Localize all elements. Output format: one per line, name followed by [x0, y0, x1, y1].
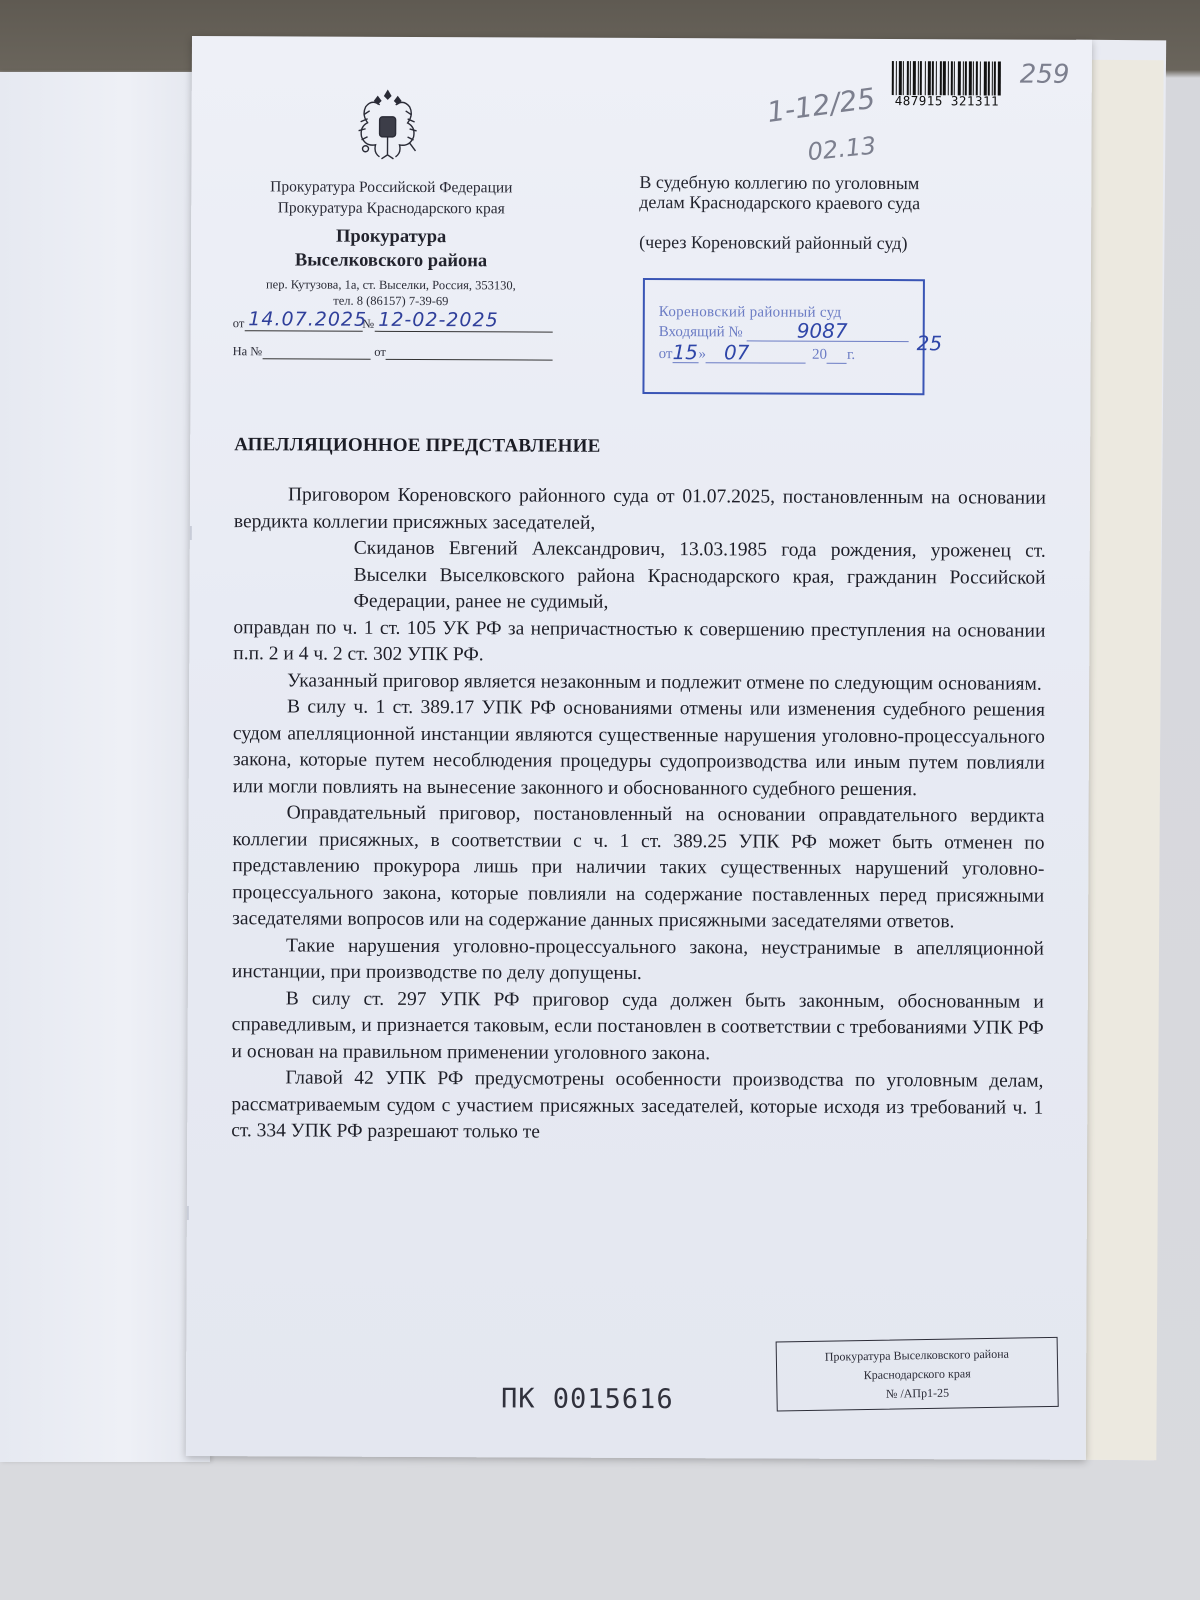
ref-date-field — [386, 343, 553, 361]
date-label: от — [233, 316, 245, 331]
number-field: 12-02-2025 — [374, 315, 553, 333]
number-handwritten: 12-02-2025 — [378, 309, 499, 332]
stamp-year-suffix: г. — [847, 347, 855, 364]
date-field: 14.07.2025 — [244, 314, 362, 332]
addressee-line-1: В судебную коллегию по уголовным — [639, 172, 1019, 194]
addressee-via: (через Кореновский районный суд) — [639, 232, 907, 254]
paragraph: оправдан по ч. 1 ст. 105 УК РФ за неприч… — [233, 615, 1045, 672]
barcode — [892, 61, 1016, 96]
paragraph: В силу ч. 1 ст. 389.17 УПК РФ основаниям… — [233, 694, 1045, 804]
ref-label: На № — [233, 344, 263, 359]
org-phone: тел. 8 (86157) 7-39-69 — [231, 292, 551, 309]
paragraph: Оправдательный приговор, постановленный … — [232, 800, 1045, 936]
reference-line: На № от — [233, 342, 553, 360]
stamp-year-prefix: 20 — [812, 347, 827, 364]
paragraph: Приговором Кореновского районного суда о… — [234, 482, 1046, 539]
addressee-line-2: делам Краснодарского краевого суда — [639, 192, 1019, 214]
addressee: В судебную коллегию по уголовным делам К… — [639, 172, 1019, 214]
barcode-number: 487915 321311 — [895, 93, 999, 108]
stamp-date-line: от 15 » 07 20 г. — [659, 346, 909, 364]
paragraph: Такие нарушения уголовно-процессуального… — [232, 933, 1044, 990]
paragraph: Главой 42 УПК РФ предусмотрены особеннос… — [231, 1065, 1043, 1148]
ref-from-label: от — [374, 345, 386, 360]
page-number-pencil: 259 — [1020, 60, 1070, 90]
form-serial-number: ПК 0015616 — [501, 1383, 674, 1415]
paragraph-defendant: Скиданов Евгений Александрович, 13.03.19… — [233, 535, 1045, 618]
previous-page-sheet — [0, 72, 210, 1462]
letterhead: Прокуратура Российской Федерации Прокура… — [231, 176, 552, 309]
org-line-2: Прокуратура Краснодарского края — [231, 197, 551, 219]
coat-of-arms-icon — [351, 87, 423, 169]
document-body: Приговором Кореновского районного суда о… — [231, 482, 1046, 1148]
org-line-1: Прокуратура Российской Федерации — [231, 176, 551, 198]
stamp-incoming-number: 9087 — [797, 319, 848, 343]
date-handwritten: 14.07.2025 — [248, 308, 367, 331]
paragraph: В силу ст. 297 УПК РФ приговор суда долж… — [232, 986, 1044, 1069]
paragraph: Указанный приговор является незаконным и… — [233, 668, 1045, 698]
court-incoming-stamp: Кореновский районный суд Входящий № 9087… — [642, 278, 925, 395]
org-name-1: Прокуратура — [231, 224, 551, 249]
org-name-2: Выселковского района — [231, 248, 551, 273]
prosecutor-registration-stamp: Прокуратура Выселковского района Краснод… — [776, 1337, 1059, 1412]
binding-hole — [190, 526, 198, 540]
stamp-year-handwritten: 25 — [916, 331, 942, 395]
stamp-month: 07 — [724, 340, 750, 364]
stamp-incoming-label: Входящий № — [659, 324, 743, 341]
stamp-day: 15 — [672, 340, 698, 364]
document-title: АПЕЛЛЯЦИОННОЕ ПРЕДСТАВЛЕНИЕ — [234, 434, 600, 458]
stamp-date-prefix: от — [659, 346, 673, 363]
footer-stamp-line-3: № /АПр1-25 — [777, 1382, 1057, 1406]
binding-hole — [187, 1206, 195, 1220]
document-page: Прокуратура Российской Федерации Прокура… — [186, 36, 1092, 1460]
case-number-pencil: 1-12/25 — [765, 82, 877, 129]
pencil-note: 02.13 — [806, 131, 877, 166]
ref-number-field — [262, 342, 370, 359]
outgoing-registration-line: от 14.07.2025 № 12-02-2025 — [233, 314, 553, 332]
org-address: пер. Кутузова, 1а, ст. Выселки, Россия, … — [231, 276, 551, 293]
